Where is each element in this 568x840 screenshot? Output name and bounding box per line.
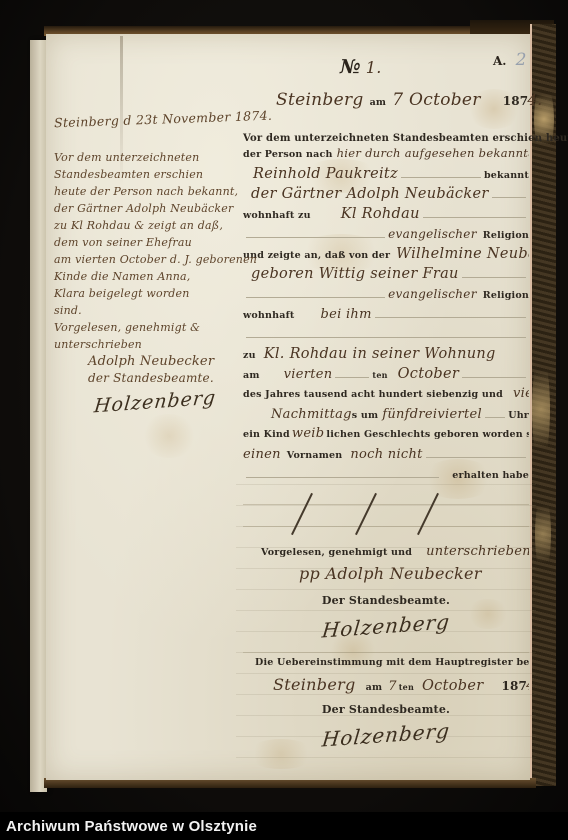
form-line: einen Vornamen noch nicht	[243, 446, 529, 466]
certify-am-label: am	[366, 682, 383, 693]
document-page: № 1. A. 2 Steinberg am 7 October 187 4. …	[46, 34, 530, 780]
bekannt-label: bekannt	[484, 170, 529, 181]
declarant-signature: pp Adolph Neubecker	[299, 564, 482, 583]
form-intro-line: Vor dem unterzeichneten Standesbeamten e…	[243, 126, 529, 145]
faint-rule	[243, 504, 529, 505]
year-words-label: des Jahres tausend acht hundert siebenzi…	[243, 389, 503, 400]
form-line: der Gärtner Adolph Neubäcker	[243, 186, 529, 206]
birthplace-handwritten: Kl. Rohdau in seiner Wohnung	[264, 346, 496, 362]
vorname-pre-handwritten: einen	[243, 447, 281, 462]
wohnhaft-label: wohnhaft	[243, 310, 294, 321]
void-strike-area	[243, 486, 529, 544]
photo-backdrop: № 1. A. 2 Steinberg am 7 October 187 4. …	[0, 0, 568, 812]
blank-rule	[335, 366, 369, 378]
certify-ten-label: ten	[399, 682, 414, 692]
record-number-handwritten: 1.	[366, 58, 382, 77]
margin-line: zu Kl Rohdau & zeigt an daß,	[54, 217, 242, 234]
certify-day-handwritten: 7	[388, 679, 397, 694]
erhalten-label: erhalten habe	[452, 470, 529, 481]
cover-wear-patch	[535, 494, 551, 574]
margin-line: sind.	[54, 302, 242, 319]
religion-handwritten: evangelischer	[388, 227, 477, 241]
strike-mark	[417, 493, 439, 535]
zu-label: zu	[243, 350, 256, 361]
form-line: Holzenberg	[243, 614, 529, 644]
page-corner-label: A. 2	[493, 50, 526, 70]
blank-rule	[375, 306, 526, 318]
am-label: am	[243, 370, 260, 381]
form-line: ein Kind weib lichen Geschlechts geboren…	[243, 426, 529, 446]
daytime-handwritten: Nachmittag	[271, 407, 352, 422]
person-label: der Person nach	[243, 149, 333, 160]
witness-name-handwritten: Reinhold Paukreitz	[253, 166, 398, 182]
margin-line: Vorgelesen, genehmigt &	[54, 319, 242, 336]
certify-month-handwritten: October	[422, 678, 483, 694]
year-word-handwritten: vier	[513, 386, 529, 401]
form-line: geboren Wittig seiner Frau	[243, 266, 529, 286]
blank-rule	[492, 186, 526, 198]
form-line: Nachmittag s um fünfdreiviertel Uhr	[243, 406, 529, 426]
section-divider	[243, 644, 529, 653]
blank-rule	[462, 266, 526, 278]
certification-line: Die Uebereinstimmung mit dem Hauptregist…	[255, 657, 529, 668]
numero-symbol: №	[340, 56, 361, 78]
form-line	[243, 326, 529, 346]
vorname-post-handwritten: noch nicht	[350, 447, 422, 462]
registrar-title: Der Standesbeamte.	[322, 594, 450, 607]
margin-registrar-signature: Holzenberg	[93, 387, 217, 418]
form-line: wohnhaft zu Kl Rohdau	[243, 206, 529, 226]
residence-handwritten: Kl Rohdau	[341, 206, 420, 222]
archive-caption-bar: Archiwum Państwowe w Olsztynie	[0, 812, 568, 840]
time-handwritten: fünfdreiviertel	[382, 407, 482, 422]
margin-spacer	[54, 127, 242, 149]
form-intro-text: Vor dem unterzeichneten Standesbeamten e…	[243, 133, 568, 144]
certify-year-printed: 187	[501, 679, 527, 693]
declarant-name-handwritten: der Gärtner Adolph Neubäcker	[251, 186, 489, 202]
announce-label: und zeigte an, daß von der	[243, 250, 390, 261]
margin-registrar-line: der Standesbeamte.	[88, 370, 242, 387]
form-line: pp Adolph Neubecker	[243, 564, 529, 586]
form-line: wohnhaft bei ihm	[243, 306, 529, 326]
form-line: Vorgelesen, genehmigt und unterschrieben	[243, 544, 529, 564]
month-handwritten: October	[398, 366, 459, 382]
religion2-label: Religion	[483, 290, 529, 301]
blank-rule	[246, 466, 439, 478]
corner-letter: A.	[493, 54, 507, 68]
blank-rule	[246, 226, 385, 238]
margin-signature-wrap: Holzenberg	[94, 391, 242, 413]
blank-rule	[423, 206, 526, 218]
place-date-line: Steinberg am 7 October 187 4.	[276, 90, 542, 110]
registrar-signature-2: Holzenberg	[321, 723, 451, 752]
identification-handwritten: hier durch aufgesehen bekanntan, Gärtner	[337, 146, 529, 160]
mother-birthname-handwritten: geboren Wittig seiner Frau	[251, 266, 459, 282]
registry-form: der Person nach hier durch aufgesehen be…	[243, 146, 529, 755]
form-line: Der Standesbeamte.	[243, 703, 529, 723]
form-line: Holzenberg	[243, 723, 529, 755]
child-suffix-label: lichen Geschlechts geboren worden sei, w…	[326, 429, 529, 440]
wohnhaft-zu-label: wohnhaft zu	[243, 210, 311, 221]
form-line: evangelischer Religion	[243, 286, 529, 306]
margin-line: am vierten October d. J. geborenen	[54, 251, 242, 268]
registrar-title-2: Der Standesbeamte.	[322, 703, 450, 716]
certify-year-handwritten: 4.	[526, 676, 529, 694]
place-handwritten: Steinberg	[276, 90, 364, 110]
form-line: am vierten ten October	[243, 366, 529, 386]
archive-caption-text: Archiwum Państwowe w Olsztynie	[6, 818, 257, 835]
stain	[141, 414, 197, 458]
record-number: № 1.	[340, 56, 382, 78]
cover-wear-patch	[532, 354, 550, 464]
form-line: der Person nach hier durch aufgesehen be…	[243, 146, 529, 166]
margin-line: heute der Person nach bekannt,	[54, 183, 242, 200]
form-line: Die Uebereinstimmung mit dem Hauptregist…	[243, 657, 529, 675]
blank-rule	[401, 166, 481, 178]
date-handwritten: 7 October	[392, 90, 481, 110]
faint-rule	[243, 526, 529, 527]
blank-rule	[246, 286, 385, 298]
margin-line: Kinde die Namen Anna,	[54, 268, 242, 285]
ten-label: ten	[372, 370, 387, 380]
closing-handwritten: unterschrieben	[426, 544, 529, 559]
blank-rule	[246, 326, 526, 338]
vornamen-label: Vornamen	[287, 450, 343, 461]
margin-annotation: Steinberg d 23t November 1874. Vor dem u…	[54, 112, 242, 413]
year-digit-handwritten: 4.	[527, 91, 542, 109]
blank-rule	[485, 406, 505, 418]
blank-rule	[426, 446, 526, 458]
underlying-page-edge	[30, 40, 47, 792]
form-line: und zeigte an, daß von der Wilhelmine Ne…	[243, 246, 529, 266]
gender-handwritten: weib	[292, 426, 325, 441]
mother-name-handwritten: Wilhelmine Neubäcker	[396, 246, 529, 262]
religion-label: Religion	[483, 230, 529, 241]
page-number-pencil: 2	[516, 50, 527, 70]
day-handwritten: vierten	[284, 367, 333, 382]
form-line: Der Standesbeamte.	[243, 594, 529, 614]
year-printed: 187	[503, 94, 529, 108]
form-line: Reinhold Paukreitz bekannt	[243, 166, 529, 186]
margin-line: Standesbeamten erschien	[54, 166, 242, 183]
margin-declarant-signature: Adolph Neubecker	[88, 353, 242, 370]
form-line: erhalten habe	[243, 466, 529, 486]
blank-rule	[462, 366, 526, 378]
uhr-label: Uhr	[508, 410, 529, 421]
form-line: evangelischer Religion	[243, 226, 529, 246]
residence2-handwritten: bei ihm	[320, 307, 371, 322]
archival-scan: № 1. A. 2 Steinberg am 7 October 187 4. …	[0, 0, 568, 840]
margin-line: Vor dem unterzeichneten	[54, 149, 242, 166]
margin-line: dem von seiner Ehefrau	[54, 234, 242, 251]
strike-mark	[355, 493, 377, 535]
religion2-handwritten: evangelischer	[388, 287, 477, 301]
closing-printed-label: Vorgelesen, genehmigt und	[261, 547, 412, 558]
margin-line: unterschrieben	[54, 336, 242, 353]
registrar-signature: Holzenberg	[321, 614, 451, 643]
certify-place-handwritten: Steinberg	[273, 675, 356, 694]
form-line: des Jahres tausend acht hundert siebenzi…	[243, 386, 529, 406]
form-line: zu Kl. Rohdau in seiner Wohnung	[243, 346, 529, 366]
s-um-label: s um	[352, 410, 378, 421]
strike-mark	[291, 493, 313, 535]
form-line: Steinberg am 7 ten October 187 4.	[243, 675, 529, 699]
margin-line: der Gärtner Adolph Neubäcker	[54, 200, 242, 217]
margin-line: Klara beigelegt worden	[54, 285, 242, 302]
child-prefix-label: ein Kind	[243, 429, 290, 440]
am-label: am	[370, 97, 387, 108]
